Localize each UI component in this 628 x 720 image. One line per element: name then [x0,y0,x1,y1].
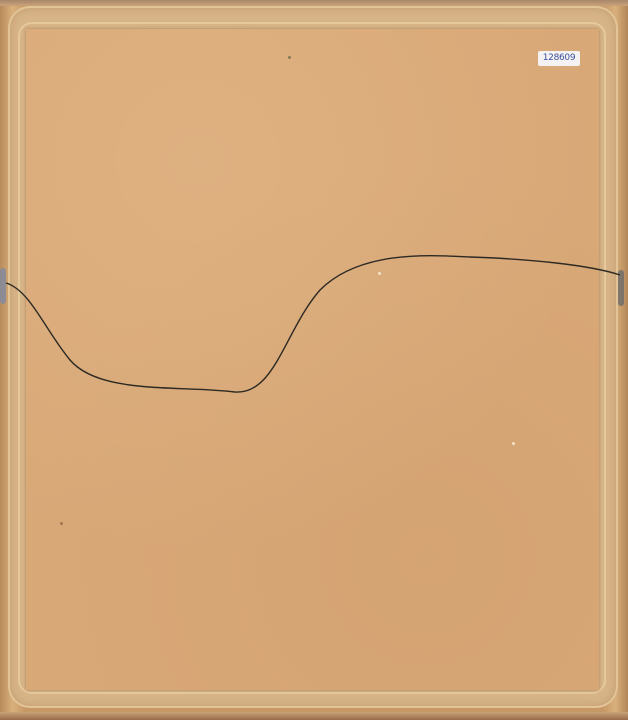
wire-line [6,256,620,392]
framed-artwork-back: 128609 [0,0,628,720]
hanging-wire [0,0,628,720]
